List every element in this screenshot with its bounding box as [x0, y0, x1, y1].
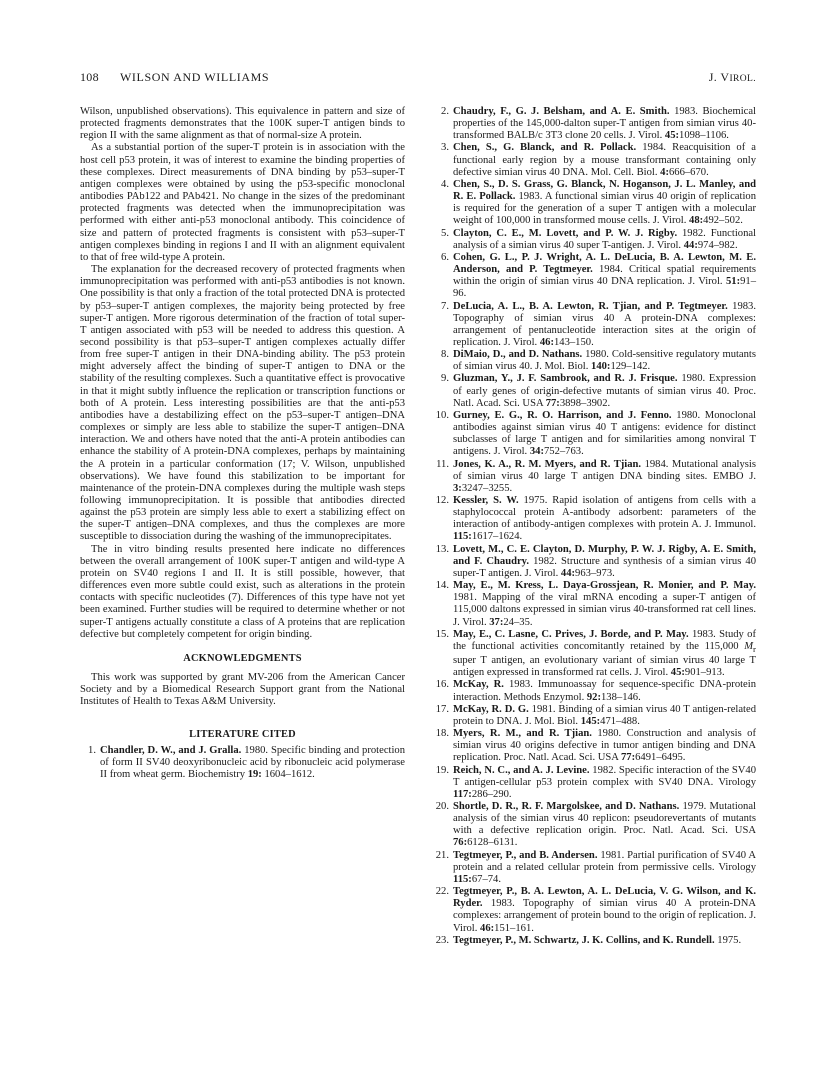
reference-number: 17. — [433, 704, 449, 716]
reference-number: 19. — [433, 765, 449, 777]
reference-authors: May, E., C. Lasne, C. Prives, J. Borde, … — [453, 629, 689, 640]
reference-pages: 974–982. — [698, 240, 738, 251]
reference-number: 16. — [433, 679, 449, 691]
reference-pages: 3247–3255. — [462, 483, 512, 494]
reference-item: 12.Kessler, S. W. 1975. Rapid isolation … — [433, 495, 756, 544]
reference-number: 14. — [433, 580, 449, 592]
reference-volume: 51: — [726, 276, 740, 287]
reference-item: 19.Reich, N. C., and A. J. Levine. 1982.… — [433, 765, 756, 801]
reference-volume: 140: — [591, 361, 610, 372]
reference-number: 20. — [433, 801, 449, 813]
reference-pages: 1604–1612. — [262, 769, 315, 780]
page-number: 108 — [80, 70, 99, 85]
reference-symbol: M — [744, 641, 753, 652]
reference-number: 7. — [433, 301, 449, 313]
reference-item: 17.McKay, R. D. G. 1981. Binding of a si… — [433, 704, 756, 728]
reference-volume: 115: — [453, 531, 472, 542]
reference-item: 11.Jones, K. A., R. M. Myers, and R. Tji… — [433, 459, 756, 495]
reference-item: 16.McKay, R. 1983. Immunoassay for seque… — [433, 679, 756, 703]
reference-authors: DiMaio, D., and D. Nathans. — [453, 349, 582, 360]
reference-pages: 138–146. — [601, 692, 641, 703]
reference-volume: 4: — [660, 167, 669, 178]
reference-number: 21. — [433, 850, 449, 862]
reference-number: 15. — [433, 629, 449, 641]
acknowledgments-text: This work was supported by grant MV-206 … — [80, 672, 405, 708]
reference-number: 6. — [433, 252, 449, 264]
literature-cited-heading: LITERATURE CITED — [80, 729, 405, 741]
reference-pages: 151–161. — [494, 923, 534, 934]
running-header: 108 WILSON AND WILLIAMS J. VIROL. — [80, 70, 756, 86]
reference-pages: 963–973. — [575, 568, 615, 579]
reference-text: 1975. — [715, 935, 741, 946]
reference-pages: 24–35. — [503, 617, 532, 628]
reference-pages: 752–763. — [544, 446, 584, 457]
reference-pages: 286–290. — [472, 789, 512, 800]
reference-authors: Shortle, D. R., R. F. Margolskee, and D.… — [453, 801, 679, 812]
reference-number: 23. — [433, 935, 449, 947]
acknowledgments-section: This work was supported by grant MV-206 … — [80, 672, 405, 708]
reference-item: 15.May, E., C. Lasne, C. Prives, J. Bord… — [433, 629, 756, 680]
reference-number: 1. — [80, 745, 96, 757]
reference-number: 4. — [433, 179, 449, 191]
reference-number: 13. — [433, 544, 449, 556]
body-paragraph: Wilson, unpublished observations). This … — [80, 106, 405, 142]
journal-prefix: J. V — [709, 70, 730, 84]
reference-authors: Clayton, C. E., M. Lovett, and P. W. J. … — [453, 228, 677, 239]
reference-number: 8. — [433, 349, 449, 361]
reference-item: 2.Chaudry, F., G. J. Belsham, and A. E. … — [433, 106, 756, 142]
reference-authors: Chandler, D. W., and J. Gralla. — [100, 745, 241, 756]
reference-volume: 115: — [453, 874, 472, 885]
reference-item: 23.Tegtmeyer, P., M. Schwartz, J. K. Col… — [433, 935, 756, 947]
reference-pages: 666–670. — [669, 167, 709, 178]
left-column: Wilson, unpublished observations). This … — [80, 106, 405, 781]
running-head-authors: WILSON AND WILLIAMS — [120, 70, 269, 85]
reference-list-right: 2.Chaudry, F., G. J. Belsham, and A. E. … — [433, 106, 756, 947]
reference-volume: 19: — [248, 769, 262, 780]
reference-volume: 45: — [665, 130, 679, 141]
reference-volume: 46: — [540, 337, 554, 348]
reference-item: 18.Myers, R. M., and R. Tjian. 1980. Con… — [433, 728, 756, 764]
reference-item: 20.Shortle, D. R., R. F. Margolskee, and… — [433, 801, 756, 850]
journal-abbreviation: J. VIROL. — [709, 70, 756, 85]
reference-item: 1.Chandler, D. W., and J. Gralla. 1980. … — [80, 745, 405, 781]
reference-pages: 129–142. — [610, 361, 650, 372]
reference-item: 13.Lovett, M., C. E. Clayton, D. Murphy,… — [433, 544, 756, 580]
reference-authors: Chaudry, F., G. J. Belsham, and A. E. Sm… — [453, 106, 670, 117]
reference-number: 12. — [433, 495, 449, 507]
reference-number: 10. — [433, 410, 449, 422]
reference-number: 2. — [433, 106, 449, 118]
reference-pages: 67–74. — [472, 874, 501, 885]
journal-suffix: IROL. — [729, 74, 756, 84]
reference-volume: 92: — [587, 692, 601, 703]
reference-item: 8.DiMaio, D., and D. Nathans. 1980. Cold… — [433, 349, 756, 373]
reference-volume: 48: — [689, 215, 703, 226]
reference-authors: Reich, N. C., and A. J. Levine. — [453, 765, 590, 776]
reference-authors: Jones, K. A., R. M. Myers, and R. Tjian. — [453, 459, 641, 470]
reference-item: 10.Gurney, E. G., R. O. Harrison, and J.… — [433, 410, 756, 459]
reference-number: 5. — [433, 228, 449, 240]
reference-pages: 492–502. — [703, 215, 743, 226]
body-paragraph: The in vitro binding results presented h… — [80, 544, 405, 641]
reference-authors: Gluzman, Y., J. F. Sambrook, and R. J. F… — [453, 373, 678, 384]
reference-volume: 44: — [561, 568, 575, 579]
reference-item: 21.Tegtmeyer, P., and B. Andersen. 1981.… — [433, 850, 756, 886]
reference-volume: 117: — [453, 789, 472, 800]
reference-pages: 3898–3902. — [560, 398, 610, 409]
reference-number: 18. — [433, 728, 449, 740]
reference-authors: Tegtmeyer, P., M. Schwartz, J. K. Collin… — [453, 935, 715, 946]
reference-subscript: r — [753, 644, 756, 654]
reference-authors: Tegtmeyer, P., and B. Andersen. — [453, 850, 597, 861]
reference-volume: 34: — [530, 446, 544, 457]
reference-item: 14.May, E., M. Kress, L. Daya-Grossjean,… — [433, 580, 756, 629]
reference-authors: Kessler, S. W. — [453, 495, 519, 506]
right-column: 2.Chaudry, F., G. J. Belsham, and A. E. … — [433, 106, 756, 947]
reference-volume: 145: — [581, 716, 600, 727]
reference-authors: McKay, R. — [453, 679, 504, 690]
reference-number: 11. — [433, 459, 449, 471]
reference-item: 6.Cohen, G. L., P. J. Wright, A. L. DeLu… — [433, 252, 756, 301]
reference-item: 3.Chen, S., G. Blanck, and R. Pollack. 1… — [433, 142, 756, 178]
body-paragraph: The explanation for the decreased recove… — [80, 264, 405, 544]
reference-number: 22. — [433, 886, 449, 898]
reference-volume: 37: — [489, 617, 503, 628]
reference-authors: Chen, S., G. Blanck, and R. Pollack. — [453, 142, 636, 153]
reference-number: 9. — [433, 373, 449, 385]
acknowledgments-heading: ACKNOWLEDGMENTS — [80, 653, 405, 665]
reference-volume: 45: — [671, 667, 685, 678]
reference-authors: McKay, R. D. G. — [453, 704, 529, 715]
reference-authors: DeLucia, A. L., B. A. Lewton, R. Tjian, … — [453, 301, 728, 312]
reference-list-left: 1.Chandler, D. W., and J. Gralla. 1980. … — [80, 745, 405, 781]
reference-volume: 77: — [621, 752, 635, 763]
reference-item: 4.Chen, S., D. S. Grass, G. Blanck, N. H… — [433, 179, 756, 228]
reference-item: 5.Clayton, C. E., M. Lovett, and P. W. J… — [433, 228, 756, 252]
reference-pages: 901–913. — [685, 667, 725, 678]
reference-number: 3. — [433, 142, 449, 154]
reference-pages: 6128–6131. — [467, 837, 517, 848]
reference-authors: May, E., M. Kress, L. Daya-Grossjean, R.… — [453, 580, 756, 591]
reference-pages: 1617–1624. — [472, 531, 522, 542]
reference-volume: 44: — [684, 240, 698, 251]
reference-pages: 143–150. — [554, 337, 594, 348]
reference-item: 9.Gluzman, Y., J. F. Sambrook, and R. J.… — [433, 373, 756, 409]
reference-authors: Gurney, E. G., R. O. Harrison, and J. Fe… — [453, 410, 672, 421]
reference-volume: 76: — [453, 837, 467, 848]
reference-volume: 77: — [546, 398, 560, 409]
reference-pages: 1098–1106. — [679, 130, 729, 141]
reference-pages: 6491–6495. — [635, 752, 685, 763]
reference-volume: 3: — [453, 483, 462, 494]
reference-pages: 471–488. — [600, 716, 640, 727]
reference-authors: Myers, R. M., and R. Tjian. — [453, 728, 592, 739]
body-paragraph: As a substantial portion of the super-T … — [80, 142, 405, 264]
reference-item: 22.Tegtmeyer, P., B. A. Lewton, A. L. De… — [433, 886, 756, 935]
reference-item: 7.DeLucia, A. L., B. A. Lewton, R. Tjian… — [433, 301, 756, 350]
reference-volume: 46: — [480, 923, 494, 934]
